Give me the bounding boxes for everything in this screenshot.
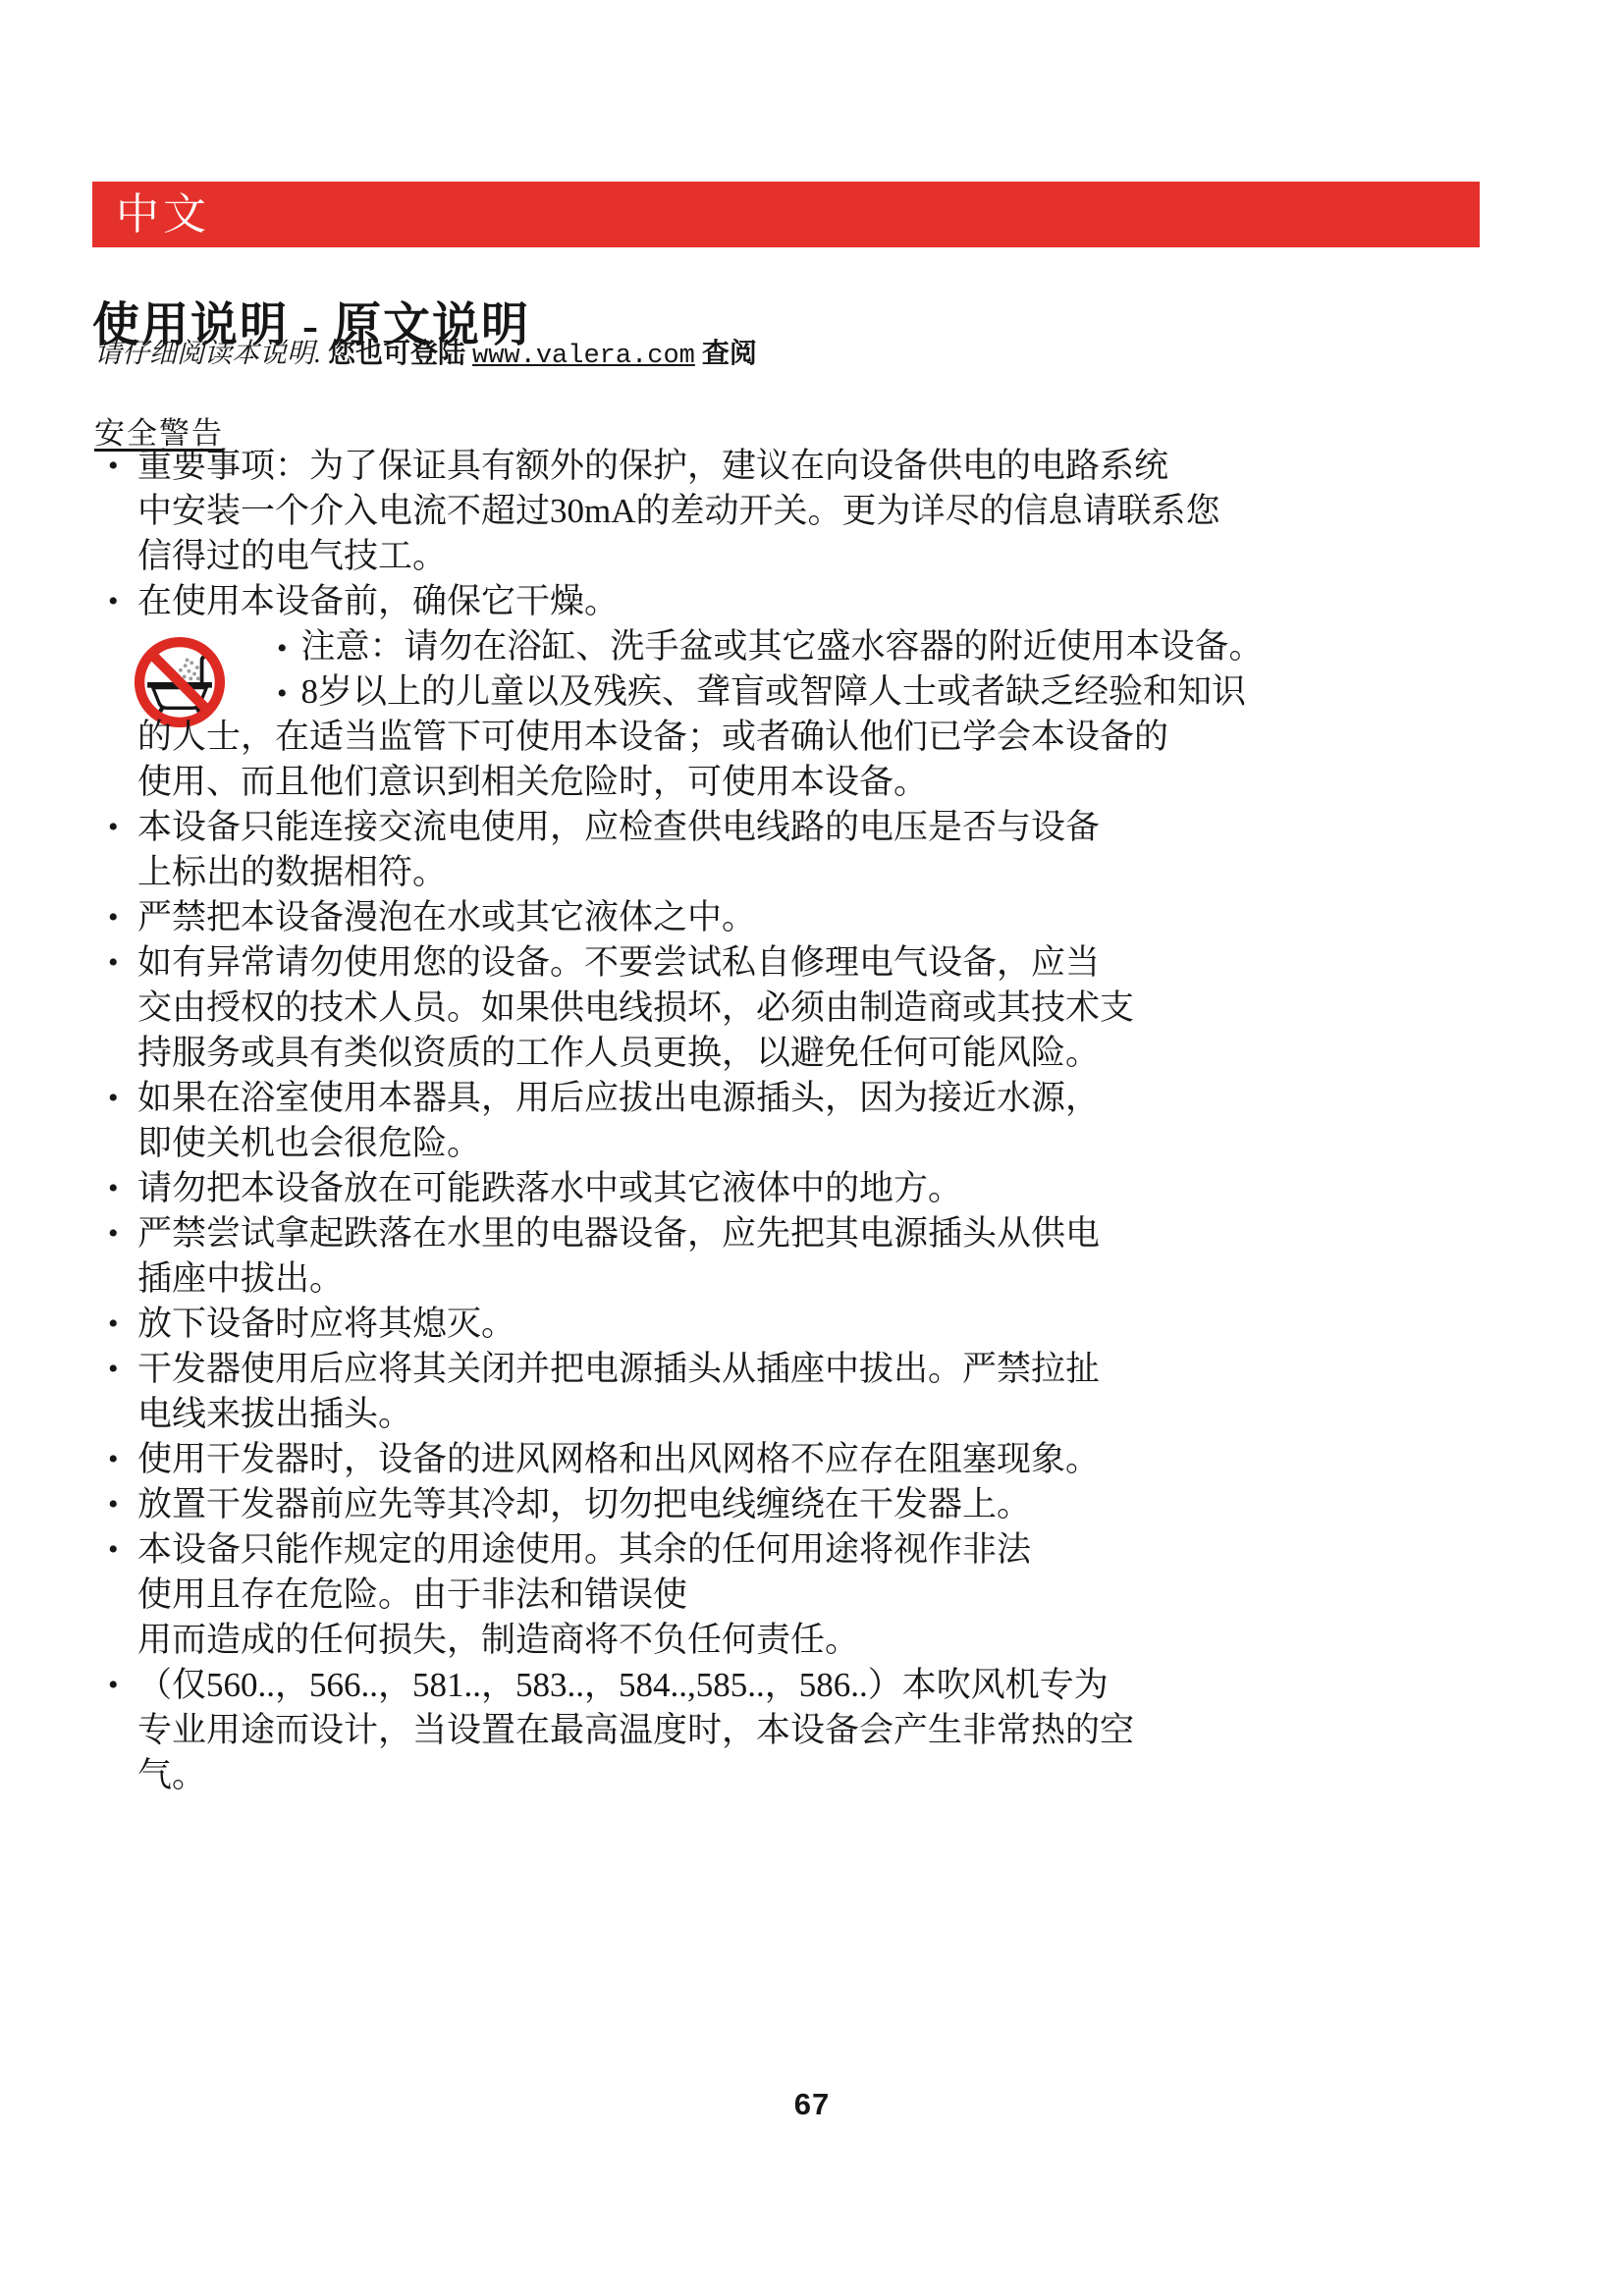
bullet-marker: •	[108, 1211, 119, 1256]
bullet-marker: •	[108, 1302, 119, 1347]
safety-warning-text: 干发器使用后应将其关闭并把电源插头从插座中拔出。严禁拉扯	[137, 1350, 1100, 1388]
bullet-marker: •	[108, 1437, 119, 1482]
safety-warning-line: •如有异常请勿使用您的设备。不要尝试私自修理电气设备，应当	[92, 940, 1320, 986]
safety-warning-text: 在使用本设备前，确保它干燥。	[137, 582, 619, 620]
manual-page: { "banner": { "label": "中文", "bg_color":…	[0, 0, 1624, 2296]
safety-warning-text: 插座中拔出。	[137, 1259, 344, 1298]
safety-warning-line: •放下设备时应将其熄灭。	[92, 1302, 1320, 1347]
safety-warning-line: •干发器使用后应将其关闭并把电源插头从插座中拔出。严禁拉扯	[92, 1347, 1320, 1392]
safety-warning-text: 严禁尝试拿起跌落在水里的电器设备，应先把其电源插头从供电	[137, 1214, 1100, 1253]
safety-warning-text: 本设备只能作规定的用途使用。其余的任何用途将视作非法	[137, 1530, 1031, 1569]
safety-warning-text: 注意：请勿在浴缸、洗手盆或其它盛水容器的附近使用本设备。	[301, 627, 1264, 666]
safety-warning-text: 放下设备时应将其熄灭。	[137, 1305, 515, 1343]
safety-warning-line: •本设备只能连接交流电使用，应检查供电线路的电压是否与设备	[92, 805, 1320, 850]
safety-warning-text: 专业用途而设计，当设置在最高温度时，本设备会产生非常热的空	[137, 1711, 1134, 1749]
safety-warning-line: •请勿把本设备放在可能跌落水中或其它液体中的地方。	[92, 1166, 1320, 1211]
safety-warning-line: •如果在浴室使用本器具，用后应拔出电源插头，因为接近水源，	[92, 1076, 1320, 1121]
language-banner-label: 中文	[92, 182, 210, 247]
safety-warning-line: •使用干发器时，设备的进风网格和出风网格不应存在阻塞现象。	[92, 1437, 1320, 1482]
safety-warning-text: 信得过的电气技工。	[137, 537, 447, 575]
subtitle-also-text: 您也可登陆	[328, 339, 465, 369]
safety-warning-text: （仅560..，566..，581..，583..，584..,585..，58…	[137, 1666, 1109, 1704]
bullet-marker: •	[277, 671, 288, 717]
safety-warning-text: 使用干发器时，设备的进风网格和出风网格不应存在阻塞现象。	[137, 1440, 1100, 1478]
safety-warning-text: 用而造成的任何损失，制造商将不负任何责任。	[137, 1621, 859, 1659]
safety-warning-text: 持服务或具有类似资质的工作人员更换，以避免任何可能风险。	[137, 1034, 1100, 1072]
safety-warning-line: 电线来拔出插头。	[92, 1392, 1320, 1437]
valera-website-link[interactable]: www.valera.com	[472, 342, 695, 371]
safety-warning-line: 插座中拔出。	[92, 1256, 1320, 1302]
safety-warning-text: 请勿把本设备放在可能跌落水中或其它液体中的地方。	[137, 1169, 962, 1207]
safety-warning-line: •放置干发器前应先等其冷却，切勿把电线缠绕在干发器上。	[92, 1482, 1320, 1527]
safety-warning-line: •在使用本设备前，确保它干燥。	[92, 579, 1320, 624]
safety-warning-line: 中安装一个介入电流不超过30mA的差动开关。更为详尽的信息请联系您	[92, 489, 1320, 534]
safety-warning-line: 用而造成的任何损失，制造商将不负任何责任。	[92, 1618, 1320, 1663]
safety-warning-text: 如果在浴室使用本器具，用后应拔出电源插头，因为接近水源，	[137, 1079, 1100, 1117]
safety-warning-text: 中安装一个介入电流不超过30mA的差动开关。更为详尽的信息请联系您	[137, 492, 1220, 530]
bullet-marker: •	[108, 1347, 119, 1392]
safety-warning-line: 气。	[92, 1753, 1320, 1798]
safety-warning-line: 的人士，在适当监管下可使用本设备；或者确认他们已学会本设备的	[92, 715, 1320, 760]
bullet-marker: •	[108, 1482, 119, 1527]
safety-warning-line: •注意：请勿在浴缸、洗手盆或其它盛水容器的附近使用本设备。	[92, 624, 1320, 669]
bullet-marker: •	[108, 805, 119, 850]
safety-warning-line: 使用、而且他们意识到相关危险时，可使用本设备。	[92, 760, 1320, 805]
language-banner: 中文	[92, 182, 1480, 247]
safety-warning-line: 信得过的电气技工。	[92, 534, 1320, 579]
bullet-marker: •	[108, 895, 119, 940]
safety-warning-text: 严禁把本设备漫泡在水或其它液体之中。	[137, 898, 756, 936]
safety-warning-text: 重要事项：为了保证具有额外的保护，建议在向设备供电的电路系统	[137, 447, 1168, 485]
bullet-marker: •	[108, 579, 119, 624]
safety-warning-list: •重要事项：为了保证具有额外的保护，建议在向设备供电的电路系统中安装一个介入电流…	[92, 444, 1320, 1798]
safety-warning-line: 即使关机也会很危险。	[92, 1121, 1320, 1166]
safety-warning-text: 气。	[137, 1756, 206, 1794]
safety-warning-line: •8岁以上的儿童以及残疾、聋盲或智障人士或者缺乏经验和知识	[92, 669, 1320, 715]
bullet-marker: •	[108, 1076, 119, 1121]
safety-warning-line: •严禁尝试拿起跌落在水里的电器设备，应先把其电源插头从供电	[92, 1211, 1320, 1256]
safety-warning-text: 放置干发器前应先等其冷却，切勿把电线缠绕在干发器上。	[137, 1485, 1031, 1523]
safety-warning-line: •本设备只能作规定的用途使用。其余的任何用途将视作非法	[92, 1527, 1320, 1573]
safety-warning-line: 上标出的数据相符。	[92, 850, 1320, 895]
bullet-marker: •	[108, 1663, 119, 1708]
safety-warning-line: •重要事项：为了保证具有额外的保护，建议在向设备供电的电路系统	[92, 444, 1320, 489]
safety-warning-text: 即使关机也会很危险。	[137, 1124, 481, 1162]
safety-warning-line: 持服务或具有类似资质的工作人员更换，以避免任何可能风险。	[92, 1031, 1320, 1076]
page-number: 67	[0, 2087, 1624, 2122]
bullet-marker: •	[108, 444, 119, 489]
safety-warning-line: 使用且存在危险。由于非法和错误使	[92, 1573, 1320, 1618]
subtitle-read-note: 请仔细阅读本说明.	[94, 339, 321, 369]
bullet-marker: •	[108, 940, 119, 986]
subtitle-check-text: 查阅	[702, 339, 757, 369]
bullet-marker: •	[277, 626, 288, 671]
safety-warning-text: 交由授权的技术人员。如果供电线损坏，必须由制造商或其技术支	[137, 988, 1134, 1027]
safety-warning-line: 专业用途而设计，当设置在最高温度时，本设备会产生非常热的空	[92, 1708, 1320, 1753]
safety-warning-text: 8岁以上的儿童以及残疾、聋盲或智障人士或者缺乏经验和知识	[301, 672, 1247, 711]
bullet-marker: •	[108, 1166, 119, 1211]
safety-warning-text: 如有异常请勿使用您的设备。不要尝试私自修理电气设备，应当	[137, 943, 1100, 982]
safety-warning-line: 交由授权的技术人员。如果供电线损坏，必须由制造商或其技术支	[92, 986, 1320, 1031]
safety-warning-text: 上标出的数据相符。	[137, 853, 447, 891]
safety-warning-line: •严禁把本设备漫泡在水或其它液体之中。	[92, 895, 1320, 940]
safety-warning-text: 本设备只能连接交流电使用，应检查供电线路的电压是否与设备	[137, 808, 1100, 846]
safety-warning-text: 电线来拔出插头。	[137, 1395, 412, 1433]
bullet-marker: •	[108, 1527, 119, 1573]
subtitle: 请仔细阅读本说明. 您也可登陆 www.valera.com 查阅	[94, 332, 757, 371]
safety-warning-text: 使用且存在危险。由于非法和错误使	[137, 1575, 687, 1614]
safety-warning-line: •（仅560..，566..，581..，583..，584..,585..，5…	[92, 1663, 1320, 1708]
safety-warning-text: 的人士，在适当监管下可使用本设备；或者确认他们已学会本设备的	[137, 718, 1168, 756]
safety-warning-text: 使用、而且他们意识到相关危险时，可使用本设备。	[137, 763, 928, 801]
